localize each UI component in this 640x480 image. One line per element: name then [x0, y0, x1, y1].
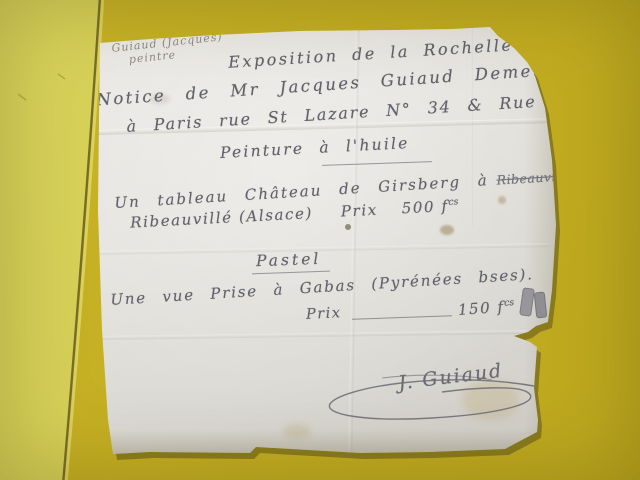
ink-blot [345, 224, 351, 230]
pastel-price-superscript: cs [504, 297, 515, 309]
price-dash-line [352, 315, 452, 319]
stain [283, 424, 311, 439]
heading-underline [322, 161, 432, 166]
pastel-price-number: 150 f [457, 298, 505, 319]
fold-crease [96, 330, 526, 340]
pastel-price-label: Prix [306, 305, 342, 323]
oil-price-superscript: cs [448, 196, 459, 208]
heading-underline [252, 271, 330, 275]
oil-price-value: 500 fcs [401, 196, 459, 217]
pastel-section-heading: Pastel [256, 250, 322, 270]
adhesive-remnant [519, 287, 535, 316]
signature-flourish [322, 372, 547, 427]
fold-crease [95, 243, 550, 255]
stain [440, 225, 454, 235]
pastel-price-value: 150 fcs [457, 297, 515, 319]
oil-price-label: Prix [340, 201, 378, 221]
spacer [377, 199, 402, 218]
adhesive-remnant [534, 291, 548, 318]
stain [498, 196, 506, 204]
oil-section-heading: Peinture à l'huile [220, 134, 410, 162]
oil-price-number: 500 f [401, 197, 449, 217]
spacer [312, 203, 341, 222]
photo-of-handwritten-notice: Guiaud (Jacques) peintre Exposition de l… [0, 0, 640, 480]
